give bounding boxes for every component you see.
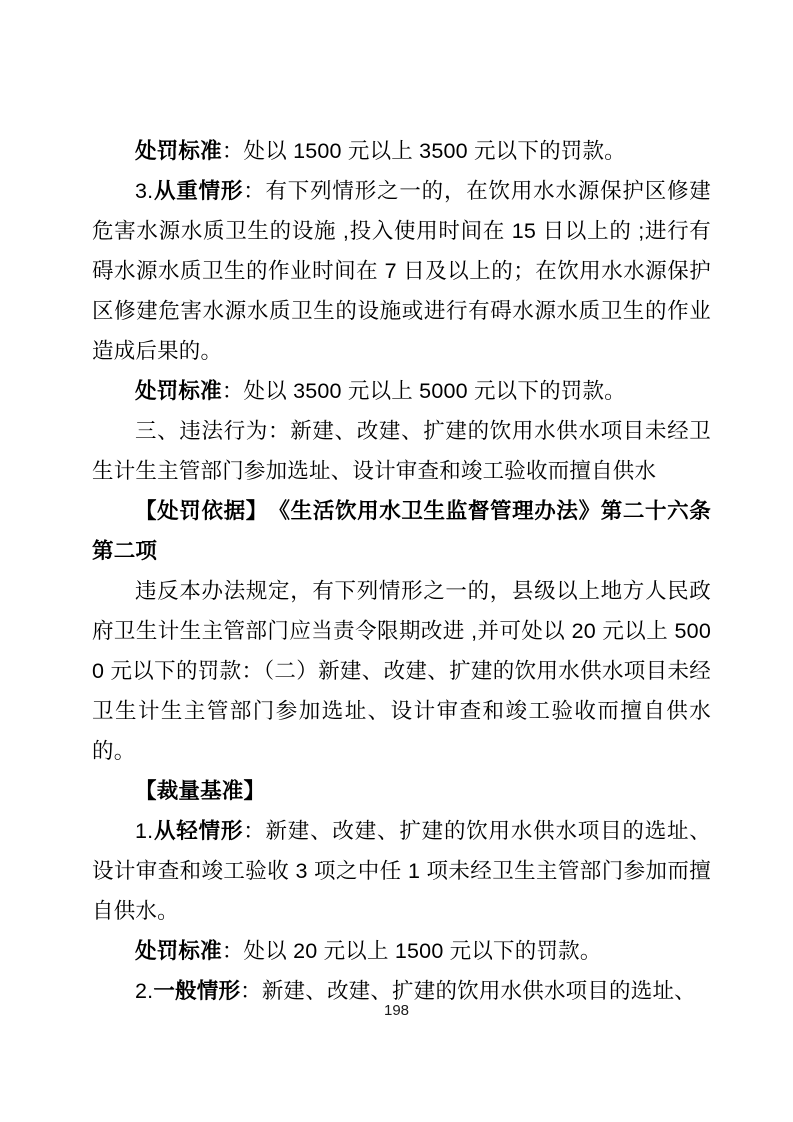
bold-run: 处罚标准 (135, 379, 222, 403)
text-run: 三、违法行为：新建、改建、扩建的饮用水供水项目未经卫生计生主管部门参加选址、设计… (92, 419, 711, 483)
bold-run: 处罚标准 (135, 139, 222, 163)
page-number: 198 (0, 1002, 793, 1020)
paragraph-regulation-text: 违反本办法规定，有下列情形之一的，县级以上地方人民政府卫生计生主管部门应当责令限… (92, 571, 711, 771)
paragraph-penalty-standard-2: 处罚标准：处以 3500 元以上 5000 元以下的罚款。 (92, 371, 711, 411)
paragraph-illegal-act-3: 三、违法行为：新建、改建、扩建的饮用水供水项目未经卫生计生主管部门参加选址、设计… (92, 411, 711, 491)
bold-run: 【裁量基准】 (135, 779, 265, 803)
text-run: ：处以 1500 元以上 3500 元以下的罚款。 (222, 139, 626, 163)
text-run: ：处以 20 元以上 1500 元以下的罚款。 (222, 939, 602, 963)
text-run: 2. (135, 979, 153, 1003)
paragraph-penalty-standard-1: 处罚标准：处以 1500 元以上 3500 元以下的罚款。 (92, 131, 711, 171)
paragraph-penalty-basis: 【处罚依据】 《生活饮用水卫生监督管理办法》第二十六条第二项 (92, 491, 711, 571)
paragraph-discretion-benchmark-heading: 【裁量基准】 (92, 771, 711, 811)
paragraph-lenient-circumstance: 1.从轻情形：新建、改建、扩建的饮用水供水项目的选址、设计审查和竣工验收 3 项… (92, 811, 711, 931)
text-run: ：有下列情形之一的，在饮用水水源保护区修建危害水源水质卫生的设施 ,投入使用时间… (92, 179, 711, 363)
bold-run: 一般情形 (153, 979, 240, 1003)
document-body: 处罚标准：处以 1500 元以上 3500 元以下的罚款。 3.从重情形：有下列… (92, 131, 711, 1011)
text-run: 1. (135, 819, 153, 843)
text-run: 违反本办法规定，有下列情形之一的，县级以上地方人民政府卫生计生主管部门应当责令限… (92, 579, 711, 763)
bold-run: 从重情形 (153, 179, 243, 203)
text-run: ：新建、改建、扩建的饮用水供水项目的选址、 (240, 979, 696, 1003)
bold-run: 处罚标准 (135, 939, 222, 963)
bold-run: 从轻情形 (153, 819, 243, 843)
document-page: 处罚标准：处以 1500 元以上 3500 元以下的罚款。 3.从重情形：有下列… (0, 0, 793, 1122)
bold-run: 【处罚依据】 《生活饮用水卫生监督管理办法》第二十六条第二项 (92, 499, 711, 563)
paragraph-penalty-standard-3: 处罚标准：处以 20 元以上 1500 元以下的罚款。 (92, 931, 711, 971)
text-run: ：处以 3500 元以上 5000 元以下的罚款。 (222, 379, 626, 403)
paragraph-aggravating-circumstance: 3.从重情形：有下列情形之一的，在饮用水水源保护区修建危害水源水质卫生的设施 ,… (92, 171, 711, 371)
text-run: 3. (135, 179, 153, 203)
